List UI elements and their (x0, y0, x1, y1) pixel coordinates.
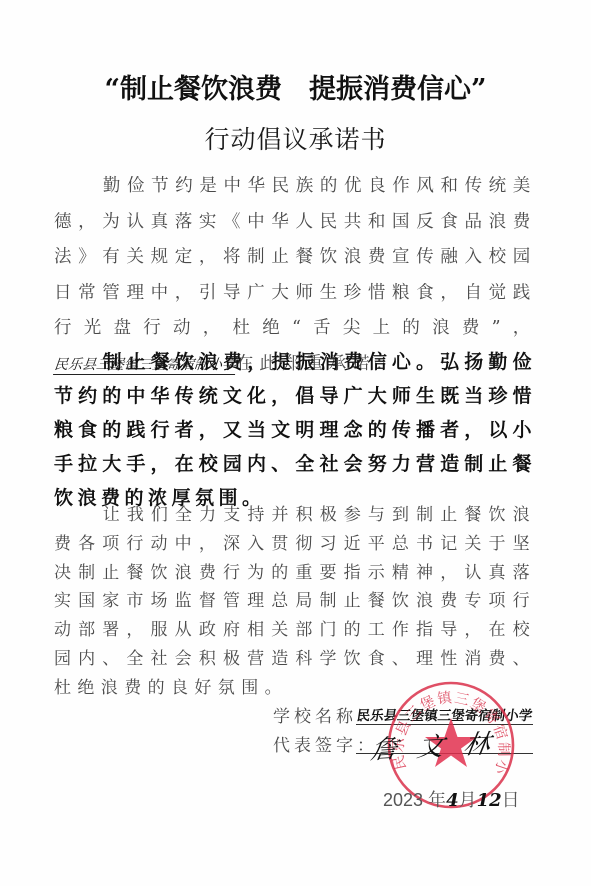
document-date: 2023 年4月12日 (383, 786, 520, 812)
document-page: “制止餐饮浪费 提振消费信心” 行动倡议承诺书 勤俭节约是中华民族的优良作风和传… (0, 0, 591, 886)
closing-paragraph: 让我们全力支持并积极参与到制止餐饮浪费各项行动中，深入贯彻习近平总书记关于坚决制… (54, 501, 536, 703)
signer-signature: 詹文林 (368, 722, 513, 766)
pledge-text: 制止餐饮浪费，提振消费信心。弘扬勤俭节约的中华传统文化，倡导广大师生既当珍惜粮食… (54, 351, 536, 509)
school-name-row: 学校名称： (273, 702, 355, 727)
date-month: 4 (446, 790, 459, 811)
pledge-paragraph: 制止餐饮浪费，提振消费信心。弘扬勤俭节约的中华传统文化，倡导广大师生既当珍惜粮食… (54, 345, 536, 515)
signer-row: 代表签字： (273, 731, 355, 756)
date-day-suffix: 日 (502, 790, 520, 810)
signer-label: 代表签字： (273, 731, 355, 756)
school-name-value: 民乐县三堡镇三堡寄宿制小学 (356, 704, 534, 724)
intro-text: 勤俭节约是中华民族的优良作风和传统美德，为认真落实《中华人民共和国反食品浪费法》… (54, 176, 536, 338)
date-month-suffix: 月 (459, 790, 477, 810)
closing-text: 让我们全力支持并积极参与到制止餐饮浪费各项行动中，深入贯彻习近平总书记关于坚决制… (54, 505, 536, 698)
document-title: “制止餐饮浪费 提振消费信心” (0, 74, 591, 106)
date-year: 2023 (383, 790, 423, 810)
school-name-label: 学校名称： (273, 702, 355, 727)
document-subtitle: 行动倡议承诺书 (0, 124, 591, 156)
date-year-suffix: 年 (423, 790, 446, 810)
date-day: 12 (477, 790, 502, 811)
